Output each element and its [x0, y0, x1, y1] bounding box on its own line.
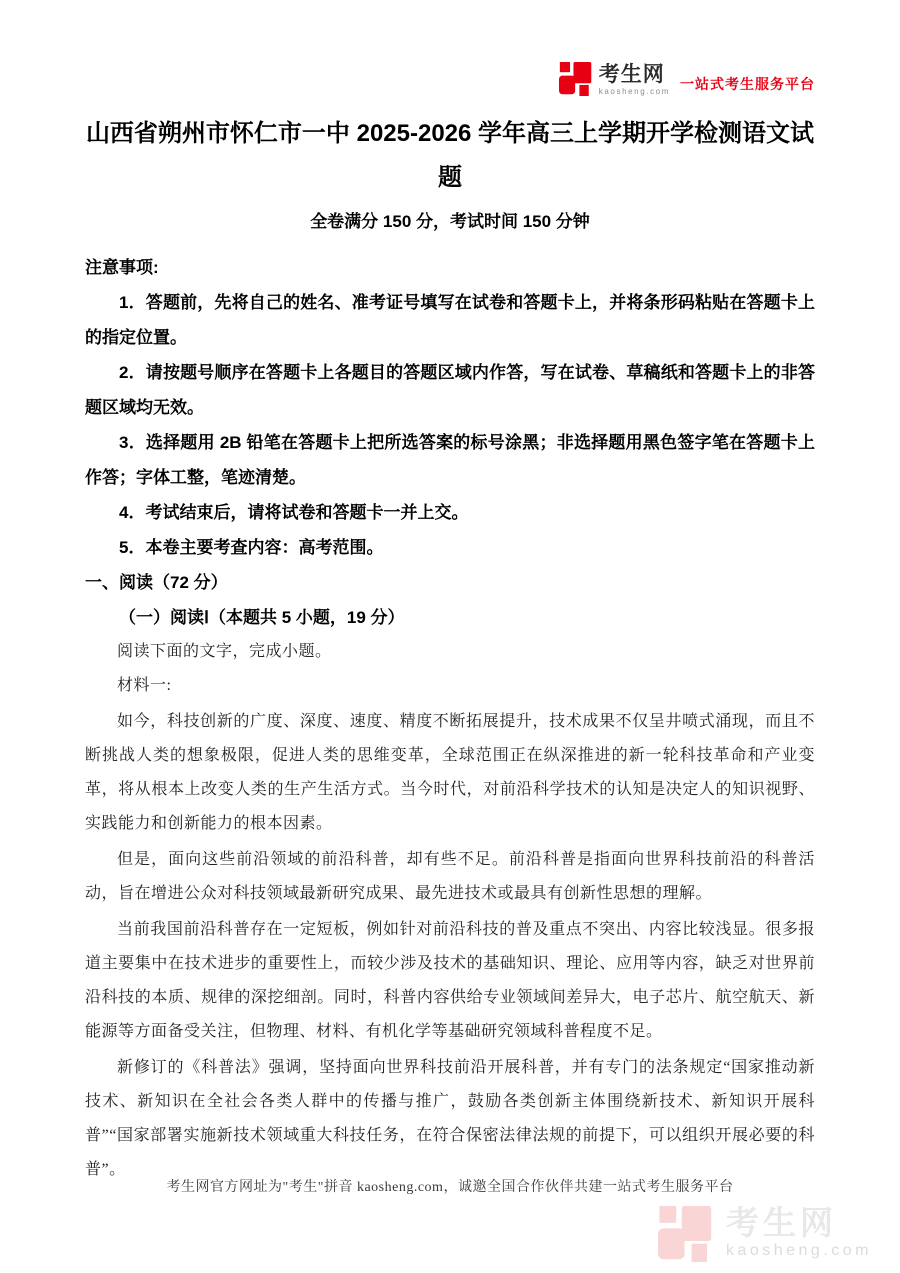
watermark-domain: kaosheng.com	[726, 1243, 872, 1259]
notice-item-3: 3．选择题用 2B 铅笔在答题卡上把所选答案的标号涂黑；非选择题用黑色签字笔在答…	[85, 425, 815, 495]
kaosheng-watermark: 考生网 kaosheng.com	[658, 1206, 872, 1262]
watermark-text-column: 考生网 kaosheng.com	[726, 1206, 872, 1259]
exam-content: 注意事项: 1．答题前，先将自己的姓名、准考证号填写在试卷和答题卡上，并将条形码…	[85, 250, 815, 1187]
brand-tagline: 一站式考生服务平台	[680, 74, 815, 96]
exam-title: 山西省朔州市怀仁市一中 2025-2026 学年高三上学期开学检测语文试 题	[0, 0, 900, 200]
kaosheng-watermark-icon	[658, 1206, 714, 1262]
notice-item-1: 1．答题前，先将自己的姓名、准考证号填写在试卷和答题卡上，并将条形码粘贴在答题卡…	[85, 285, 815, 355]
watermark-name: 考生网	[726, 1206, 872, 1239]
section-reading-heading: 一、阅读（72 分）	[85, 565, 815, 600]
footer-text: 考生网官方网址为"考生"拼音 kaosheng.com，诚邀全国合作伙伴共建一站…	[0, 1176, 900, 1196]
material-paragraph-2: 但是，面向这些前沿领域的前沿科普，却有些不足。前沿科普是指面向世界科技前沿的科普…	[85, 843, 815, 911]
kaosheng-brand-header: 考生网 kaosheng.com 一站式考生服务平台	[559, 62, 815, 96]
brand-text-column: 考生网 kaosheng.com	[599, 64, 670, 96]
notice-item-5: 5．本卷主要考查内容：高考范围。	[85, 530, 815, 565]
subsection-reading1-heading: （一）阅读Ⅰ（本题共 5 小题，19 分）	[85, 600, 815, 635]
reading-instruction: 阅读下面的文字，完成小题。	[85, 635, 815, 669]
material-one-label: 材料一:	[85, 669, 815, 703]
material-paragraph-3: 当前我国前沿科普存在一定短板，例如针对前沿科技的普及重点不突出、内容比较浅显。很…	[85, 913, 815, 1049]
exam-subtitle: 全卷满分 150 分，考试时间 150 分钟	[0, 208, 900, 236]
notice-heading: 注意事项:	[85, 250, 815, 285]
brand-name: 考生网	[599, 64, 670, 85]
notice-item-4: 4．考试结束后，请将试卷和答题卡一并上交。	[85, 495, 815, 530]
material-paragraph-1: 如今，科技创新的广度、深度、速度、精度不断拓展提升，技术成果不仅呈井喷式涌现，而…	[85, 705, 815, 841]
exam-document-page: 考生网 kaosheng.com 一站式考生服务平台 山西省朔州市怀仁市一中 2…	[0, 0, 900, 1273]
notice-item-2: 2．请按题号顺序在答题卡上各题目的答题区域内作答，写在试卷、草稿纸和答题卡上的非…	[85, 355, 815, 425]
kaosheng-logo-icon	[559, 62, 593, 96]
brand-domain: kaosheng.com	[599, 88, 670, 96]
exam-title-line1: 山西省朔州市怀仁市一中 2025-2026 学年高三上学期开学检测语文试	[86, 120, 814, 147]
material-paragraph-4: 新修订的《科普法》强调，坚持面向世界科技前沿开展科普，并有专门的法条规定“国家推…	[85, 1051, 815, 1187]
exam-title-line2: 题	[438, 164, 462, 191]
